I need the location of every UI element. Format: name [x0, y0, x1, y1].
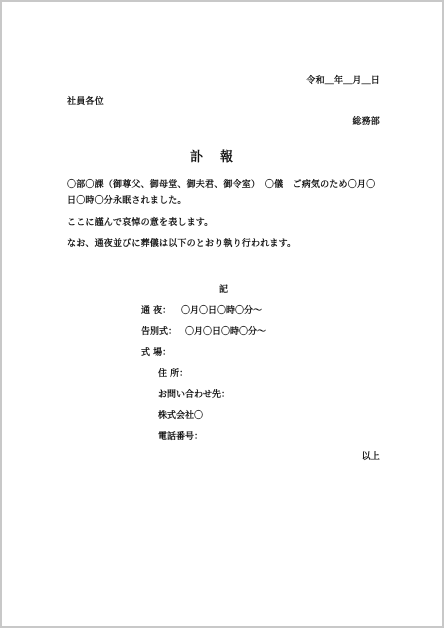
document-page: 令和＿年＿月＿日 社員各位 総務部 訃報 〇部〇課（御尊父、御母堂、御夫君、御令… — [0, 0, 444, 628]
address-label: 住 所： — [158, 368, 188, 380]
detail-row-contact: お問い合わせ先： — [158, 389, 230, 401]
detail-row-address: 住 所： — [158, 368, 188, 380]
phone-label: 電話番号： — [158, 431, 203, 443]
detail-row-phone: 電話番号： — [158, 431, 203, 443]
title-char-1: 訃 — [190, 150, 204, 165]
sender-department: 総務部 — [352, 116, 380, 128]
shikijo-label: 式 場： — [141, 347, 171, 359]
body-line-1: 〇部〇課（御尊父、御母堂、御夫君、御令室） 〇儀 ご病気のため〇月〇 — [67, 179, 375, 191]
kokubetsu-label: 告別式： — [141, 326, 185, 338]
tsuya-value: 〇月〇日〇時〇分～ — [181, 305, 262, 317]
closing-ijo: 以上 — [362, 451, 380, 463]
document-title: 訃報 — [190, 150, 234, 166]
company-name: 株式会社〇 — [158, 410, 203, 422]
date-line: 令和＿年＿月＿日 — [306, 75, 380, 87]
body-line-4: なお、通夜並びに葬儀は以下のとおり執り行われます。 — [67, 238, 296, 250]
tsuya-label: 通 夜： — [141, 305, 181, 317]
contact-label: お問い合わせ先： — [158, 389, 230, 401]
recipient: 社員各位 — [67, 96, 104, 108]
body-line-3: ここに謹んで哀悼の意を表します。 — [67, 217, 213, 229]
ki-heading: 記 — [219, 284, 228, 296]
detail-row-company: 株式会社〇 — [158, 410, 203, 422]
detail-row-tsuya: 通 夜：〇月〇日〇時〇分～ — [141, 305, 262, 317]
detail-row-kokubetsu: 告別式：〇月〇日〇時〇分～ — [141, 326, 266, 338]
body-line-2: 日〇時〇分永眠されました。 — [67, 195, 187, 207]
kokubetsu-value: 〇月〇日〇時〇分～ — [185, 326, 266, 338]
title-char-2: 報 — [220, 150, 234, 165]
detail-row-shikijo: 式 場： — [141, 347, 171, 359]
